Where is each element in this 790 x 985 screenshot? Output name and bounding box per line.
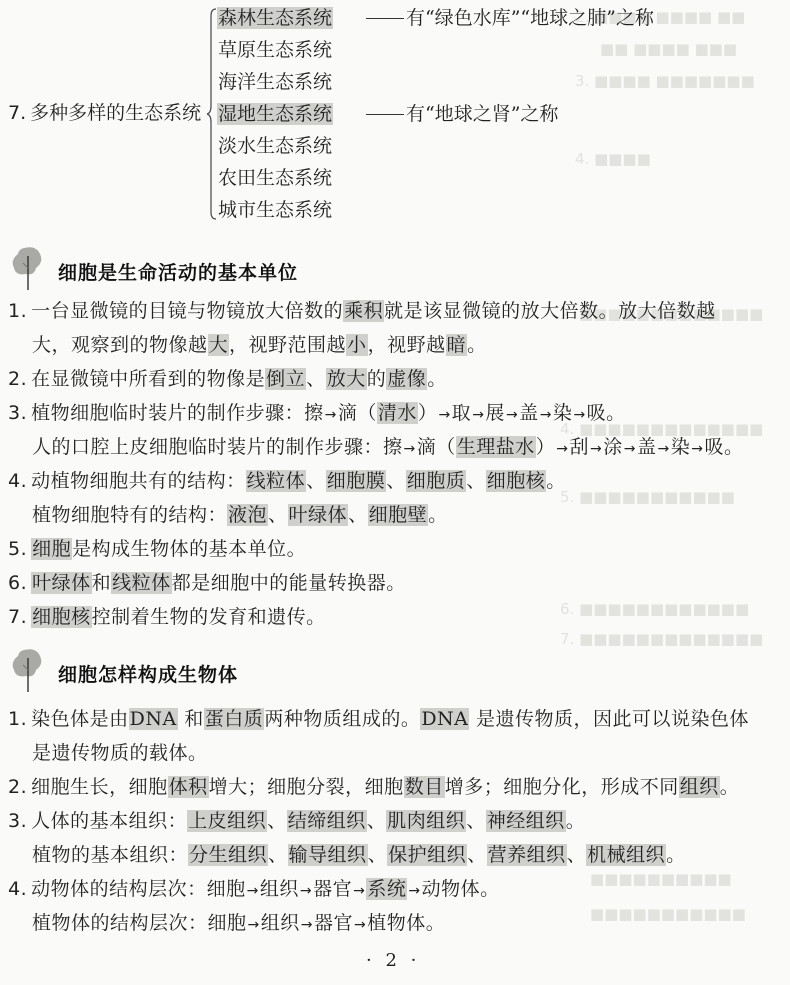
ecosystem-item: 城市生态系统 <box>217 194 333 226</box>
bleed-through-text: ■■■■■■■■■■■ <box>590 905 746 923</box>
text-segment: 、 <box>268 504 288 526</box>
highlighted-term: 神经组织 <box>486 810 566 832</box>
ecosystems-label: 7.多种多样的生态系统 <box>8 100 201 126</box>
arrow-icon: → <box>690 441 704 457</box>
text-segment: 植物体的结构层次：细胞 <box>32 912 247 934</box>
text-segment: 在显微镜中所看到的物像是 <box>31 368 265 390</box>
text-segment: ） <box>536 436 556 458</box>
arrow-icon: → <box>352 883 366 899</box>
text-segment: 染 <box>553 402 573 424</box>
highlighted-term: 营养组织 <box>487 844 567 866</box>
page-number: · 2 · <box>366 950 420 971</box>
text-segment: 动物体的结构层次：细胞 <box>31 878 246 900</box>
text-segment: 滴（ <box>417 436 456 458</box>
text-segment: 、 <box>267 810 287 832</box>
ecosystem-note: 有“绿色水库”“地球之肺”之称 <box>366 2 654 34</box>
text-segment: 人体的基本组织： <box>31 810 187 832</box>
ecosystem-name: 草原生态系统 <box>217 38 333 62</box>
text-segment: 刮 <box>570 436 590 458</box>
section-title: 细胞怎样构成生物体 <box>58 660 238 687</box>
bleed-through-text: 7. ■■■■■■■■■■■■■ <box>560 630 763 648</box>
connector-line <box>366 114 404 115</box>
text-segment: 都是细胞中的能量转换器。 <box>172 572 406 594</box>
text-segment: 取 <box>452 402 472 424</box>
list-item: 1.染色体是由DNA 和蛋白质两种物质组成的。DNA 是遗传物质，因此可以说染色… <box>8 705 749 733</box>
list-item-continuation: 是遗传物质的载体。 <box>32 739 208 767</box>
item-number: 6. <box>8 572 27 594</box>
list-item: 3.植物细胞临时装片的制作步骤：擦→滴（清水）→取→展→盖→染→吸。 <box>8 399 626 429</box>
arrow-icon: → <box>353 917 367 933</box>
text-segment: 染 <box>671 436 691 458</box>
text-segment: 植物的基本组织： <box>32 844 188 866</box>
tree-icon <box>10 246 46 290</box>
text-segment: 的 <box>367 368 387 390</box>
ecosystem-name: 农田生态系统 <box>217 166 333 190</box>
ecosystem-item: 农田生态系统 <box>217 162 333 194</box>
highlighted-term: 暗 <box>446 334 468 356</box>
text-segment: 就是该显微镜的放大倍数。放大倍数越 <box>384 300 716 322</box>
ecosystem-name: 湿地生态系统 <box>217 103 333 125</box>
text-segment: ） <box>418 402 438 424</box>
item-number: 2. <box>8 368 27 390</box>
list-item-continuation: 植物体的结构层次：细胞→组织→器官→植物体。 <box>32 909 445 939</box>
text-segment: 植物细胞临时装片的制作步骤：擦 <box>31 402 324 424</box>
list-item: 1.一台显微镜的目镜与物镜放大倍数的乘积就是该显微镜的放大倍数。放大倍数越 <box>8 297 716 325</box>
item-number: 4. <box>8 470 27 492</box>
highlighted-term: 结缔组织 <box>287 810 367 832</box>
item-number: 7. <box>8 606 27 628</box>
text-segment: 、 <box>466 810 486 832</box>
text-segment: 。 <box>546 470 566 492</box>
highlighted-term: 放大 <box>326 368 367 390</box>
ecosystem-item: 湿地生态系统有“地球之肾”之称 <box>217 98 333 130</box>
bleed-through-text: 5. ■■■■■■■■■■■ <box>560 488 735 506</box>
list-item: 7.细胞核控制着生物的发育和遗传。 <box>8 603 326 631</box>
highlighted-term: 虚像 <box>386 368 427 390</box>
highlighted-term: 细胞膜 <box>326 470 387 492</box>
ecosystem-note-text: 有“地球之肾”之称 <box>406 103 558 125</box>
textbook-page: 2. ■■■■ ■■■■ ■■ ■■ ■■■■ ■■■ 3. ■■■■ ■■■■… <box>0 0 790 985</box>
highlighted-term: 上皮组织 <box>187 810 267 832</box>
arrow-icon: → <box>623 441 637 457</box>
text-segment: 大，观察到的物像越 <box>32 334 208 356</box>
highlighted-term: 叶绿体 <box>288 504 349 526</box>
list-item: 3.人体的基本组织：上皮组织、结缔组织、肌肉组织、神经组织。 <box>8 807 585 835</box>
text-segment: 、 <box>567 844 587 866</box>
highlighted-term: 小 <box>346 334 368 356</box>
text-segment: 、 <box>466 470 486 492</box>
highlighted-term: 细胞壁 <box>368 504 429 526</box>
text-segment: 、 <box>306 368 326 390</box>
text-segment: 是遗传物质，因此可以说染色体 <box>469 708 749 730</box>
text-segment: 涂 <box>603 436 623 458</box>
ecosystem-name: 森林生态系统 <box>217 7 333 29</box>
text-segment: 、 <box>306 470 326 492</box>
ecosystem-note: 有“地球之肾”之称 <box>366 98 558 130</box>
list-item: 4.动物体的结构层次：细胞→组织→器官→系统→动物体。 <box>8 875 500 905</box>
text-segment: ，视野越 <box>368 334 446 356</box>
text-segment: 展 <box>485 402 505 424</box>
list-item-continuation: 植物细胞特有的结构：液泡、叶绿体、细胞壁。 <box>32 501 448 529</box>
text-segment: 控制着生物的发育和遗传。 <box>92 606 326 628</box>
text-segment: 组织 <box>260 878 299 900</box>
arrow-icon: → <box>505 407 519 423</box>
highlighted-term: 机械组织 <box>586 844 666 866</box>
ecosystems-label-text: 多种多样的生态系统 <box>30 102 201 124</box>
ecosystem-note-text: 有“绿色水库”“地球之肺”之称 <box>406 7 654 29</box>
highlighted-term: 肌肉组织 <box>386 810 466 832</box>
ecosystem-item: 海洋生态系统 <box>217 66 333 98</box>
highlighted-term: 细胞质 <box>406 470 467 492</box>
arrow-icon: → <box>539 407 553 423</box>
text-segment: 吸。 <box>705 436 744 458</box>
item-number: 1. <box>8 708 27 730</box>
section-header-cell-basic-unit: 细胞是生命活动的基本单位 <box>10 246 410 286</box>
list-item: 4.动植物细胞共有的结构：线粒体、细胞膜、细胞质、细胞核。 <box>8 467 566 495</box>
item-number: 7. <box>8 102 26 124</box>
text-segment: 。 <box>566 810 586 832</box>
text-segment: 组织 <box>261 912 300 934</box>
item-number: 5. <box>8 538 27 560</box>
highlighted-term: 乘积 <box>343 300 384 322</box>
highlighted-term: 数目 <box>404 776 445 798</box>
arrow-icon: → <box>657 441 671 457</box>
item-number: 1. <box>8 300 27 322</box>
bleed-through-text: 3. ■■■■ ■■■■■■■ <box>575 72 755 90</box>
text-segment: 盖 <box>637 436 657 458</box>
highlighted-term: 清水 <box>377 402 418 424</box>
text-segment: 器官 <box>314 912 353 934</box>
text-segment: 两种物质组成的。 <box>264 708 420 730</box>
text-segment: 、 <box>368 844 388 866</box>
item-number: 4. <box>8 878 27 900</box>
highlighted-term: 细胞核 <box>31 606 92 628</box>
ecosystem-name: 淡水生态系统 <box>217 134 333 158</box>
text-segment: 、 <box>467 844 487 866</box>
list-item-continuation: 植物的基本组织：分生组织、输导组织、保护组织、营养组织、机械组织。 <box>32 841 686 869</box>
text-segment: 是构成生物体的基本单位。 <box>72 538 306 560</box>
text-segment: 器官 <box>313 878 352 900</box>
highlighted-term: 输导组织 <box>288 844 368 866</box>
text-segment: 动物体。 <box>422 878 500 900</box>
ecosystem-item: 淡水生态系统 <box>217 130 333 162</box>
text-segment: 细胞生长，细胞 <box>31 776 168 798</box>
arrow-icon: → <box>572 407 586 423</box>
highlighted-term: DNA <box>420 708 469 730</box>
ecosystem-name: 海洋生态系统 <box>217 70 333 94</box>
arrow-icon: → <box>407 883 421 899</box>
list-item: 2.细胞生长，细胞体积增大；细胞分裂，细胞数目增多；细胞分化，形成不同组织。 <box>8 773 739 801</box>
section-title: 细胞是生命活动的基本单位 <box>58 258 298 285</box>
arrow-icon: → <box>299 883 313 899</box>
ecosystem-item: 草原生态系统 <box>217 34 333 66</box>
text-segment: 。 <box>666 844 686 866</box>
text-segment: 动植物细胞共有的结构： <box>31 470 246 492</box>
arrow-icon: → <box>555 441 569 457</box>
ecosystem-list: 森林生态系统有“绿色水库”“地球之肺”之称草原生态系统海洋生态系统湿地生态系统有… <box>217 2 333 226</box>
text-segment: 和 <box>92 572 112 594</box>
list-item-continuation: 人的口腔上皮细胞临时装片的制作步骤：擦→滴（生理盐水）→刮→涂→盖→染→吸。 <box>32 433 744 463</box>
text-segment: 和 <box>178 708 204 730</box>
arrow-icon: → <box>247 917 261 933</box>
connector-line <box>366 18 404 19</box>
arrow-icon: → <box>300 917 314 933</box>
highlighted-term: 叶绿体 <box>31 572 92 594</box>
text-segment: 染色体是由 <box>31 708 129 730</box>
highlighted-term: 液泡 <box>227 504 268 526</box>
text-segment: 人的口腔上皮细胞临时装片的制作步骤：擦 <box>32 436 403 458</box>
highlighted-term: 线粒体 <box>111 572 172 594</box>
bleed-through-text: 4. ■■■■ <box>575 150 651 168</box>
text-segment: 、 <box>386 470 406 492</box>
arrow-icon: → <box>246 883 260 899</box>
list-item: 5.细胞是构成生物体的基本单位。 <box>8 535 306 563</box>
highlighted-term: 大 <box>208 334 230 356</box>
highlighted-term: 分生组织 <box>188 844 268 866</box>
ecosystem-item: 森林生态系统有“绿色水库”“地球之肺”之称 <box>217 2 333 34</box>
text-segment: 盖 <box>519 402 539 424</box>
item-number: 2. <box>8 776 27 798</box>
highlighted-term: 体积 <box>168 776 209 798</box>
text-segment: 是遗传物质的载体。 <box>32 742 208 764</box>
text-segment: 滴（ <box>338 402 377 424</box>
text-segment: 增大；细胞分裂，细胞 <box>209 776 404 798</box>
text-segment: 。 <box>467 334 487 356</box>
highlighted-term: 保护组织 <box>387 844 467 866</box>
highlighted-term: 蛋白质 <box>204 708 265 730</box>
highlighted-term: 生理盐水 <box>456 436 536 458</box>
text-segment: 植物体。 <box>367 912 445 934</box>
list-item: 6.叶绿体和线粒体都是细胞中的能量转换器。 <box>8 569 406 597</box>
tree-icon <box>10 648 46 692</box>
text-segment: 、 <box>268 844 288 866</box>
arrow-icon: → <box>324 407 338 423</box>
highlighted-term: 倒立 <box>265 368 306 390</box>
item-number: 3. <box>8 402 27 424</box>
curly-brace <box>207 8 217 220</box>
list-item-continuation: 大，观察到的物像越大，视野范围越小，视野越暗。 <box>32 331 487 359</box>
highlighted-term: 线粒体 <box>246 470 307 492</box>
list-item: 2.在显微镜中所看到的物像是倒立、放大的虚像。 <box>8 365 447 393</box>
arrow-icon: → <box>403 441 417 457</box>
text-segment: 、 <box>348 504 368 526</box>
text-segment: 。 <box>427 368 447 390</box>
bleed-through-text: 6. ■■■■■■■■■■■■ <box>560 600 749 618</box>
text-segment: ，视野范围越 <box>229 334 346 356</box>
bleed-through-text: ■■ ■■■■ ■■■ <box>600 40 737 58</box>
item-number: 3. <box>8 810 27 832</box>
text-segment: 吸。 <box>587 402 626 424</box>
text-segment: 植物细胞特有的结构： <box>32 504 227 526</box>
bleed-through-text: ■■■■■■■■■■ <box>590 870 732 888</box>
arrow-icon: → <box>471 407 485 423</box>
highlighted-term: 系统 <box>366 878 407 900</box>
text-segment: 。 <box>428 504 448 526</box>
arrow-icon: → <box>437 407 451 423</box>
section-header-cell-forms-organism: 细胞怎样构成生物体 <box>10 648 410 688</box>
text-segment: 增多；细胞分化，形成不同 <box>445 776 679 798</box>
text-segment: 。 <box>720 776 740 798</box>
highlighted-term: 组织 <box>679 776 720 798</box>
highlighted-term: 细胞 <box>31 538 72 560</box>
ecosystem-name: 城市生态系统 <box>217 198 333 222</box>
highlighted-term: DNA <box>129 708 178 730</box>
highlighted-term: 细胞核 <box>486 470 547 492</box>
text-segment: 一台显微镜的目镜与物镜放大倍数的 <box>31 300 343 322</box>
text-segment: 、 <box>367 810 387 832</box>
arrow-icon: → <box>589 441 603 457</box>
